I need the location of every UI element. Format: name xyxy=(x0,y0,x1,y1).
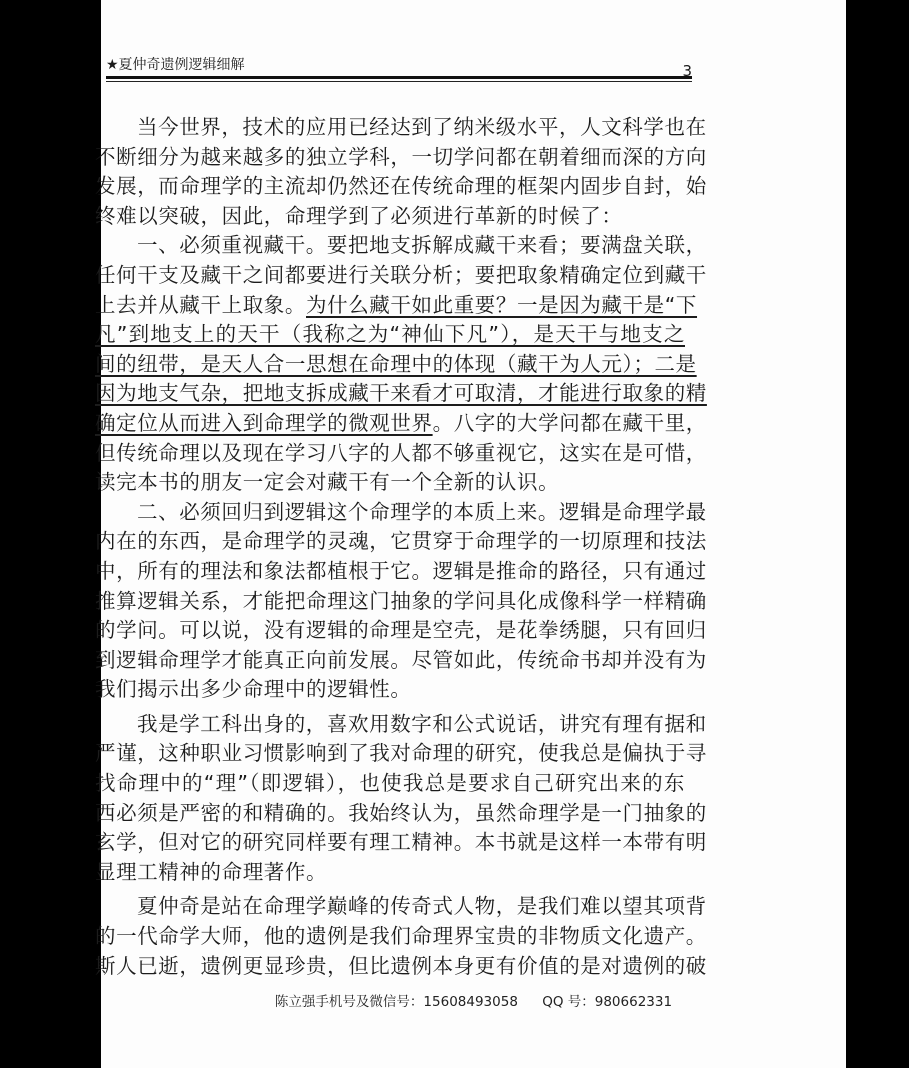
paragraph-2: 一、必须重视藏干。要把地支拆解成藏干来看；要满盘关联， 任何干支及藏干之间都要进… xyxy=(95,231,685,497)
text-line: 二、必须回归到逻辑这个命理学的本质上来。逻辑是命理学最 xyxy=(95,498,685,528)
text-line: 但传统命理以及现在学习八字的人都不够重视它，这实在是可惜， xyxy=(95,439,685,469)
text-line: 中，所有的理法和象法都植根于它。逻辑是推命的路径，只有通过 xyxy=(95,557,685,587)
text-line: 找命理中的“理”（即逻辑），也使我总是要求自己研究出来的东 xyxy=(95,769,685,799)
text-line: 任何干支及藏干之间都要进行关联分析；要把取象精确定位到藏干 xyxy=(95,261,685,291)
text-line: 玄学，但对它的研究同样要有理工精神。本书就是这样一本带有明 xyxy=(95,828,685,858)
text-line: 内在的东西，是命理学的灵魂，它贯穿于命理学的一切原理和技法 xyxy=(95,527,685,557)
underlined-text: 为什么藏干如此重要？一是因为藏干是“下 xyxy=(306,293,697,317)
text-line: 显理工精神的命理著作。 xyxy=(95,858,685,888)
body-text: 当今世界，技术的应用已经达到了纳米级水平，人文科学也在 不断细分为越来越多的独立… xyxy=(95,113,685,981)
text-line: 发展，而命理学的主流却仍然还在传统命理的框架内固步自封，始 xyxy=(95,172,685,202)
paragraph-1: 当今世界，技术的应用已经达到了纳米级水平，人文科学也在 不断细分为越来越多的独立… xyxy=(95,113,685,231)
text-line: 的学问。可以说，没有逻辑的命理是空壳，是花拳绣腿，只有回归 xyxy=(95,616,685,646)
book-title: ★夏仲奇遗例逻辑细解 xyxy=(106,54,245,74)
underlined-text-line: 凡”到地支上的天干（我称之为“神仙下凡”），是天干与地支之 xyxy=(95,320,685,350)
paragraph-5: 夏仲奇是站在命理学巅峰的传奇式人物，是我们难以望其项背 的一代命学大师，他的遗例… xyxy=(95,892,685,981)
text-line: 读完本书的朋友一定会对藏干有一个全新的认识。 xyxy=(95,468,685,498)
text-line: 严谨，这种职业习惯影响到了我对命理的研究，使我总是偏执于寻 xyxy=(95,739,685,769)
underlined-text-line: 间的纽带，是天人合一思想在命理中的体现（藏干为人元）；二是 xyxy=(95,350,685,380)
text-line: 到逻辑命理学才能真正向前发展。尽管如此，传统命书却并没有为 xyxy=(95,646,685,676)
header-rule-thin xyxy=(106,81,692,82)
underlined-text-line: 因为地支气杂，把地支拆成藏干来看才可取清，才能进行取象的精 xyxy=(95,379,685,409)
text-line: 一、必须重视藏干。要把地支拆解成藏干来看；要满盘关联， xyxy=(95,231,685,261)
page-footer: 陈立强手机号及微信号：15608493058 QQ 号：980662331 xyxy=(101,990,846,1010)
text-line: 我们揭示出多少命理中的逻辑性。 xyxy=(95,675,685,705)
text-line: 终难以突破，因此，命理学到了必须进行革新的时候了： xyxy=(95,202,685,232)
contact-qq: QQ 号：980662331 xyxy=(542,994,672,1010)
paragraph-4: 我是学工科出身的，喜欢用数字和公式说话，讲究有理有据和 严谨，这种职业习惯影响到… xyxy=(95,710,685,888)
text-line: 的一代命学大师，他的遗例是我们命理界宝贵的非物质文化遗产。 xyxy=(95,922,685,952)
text-line: 推算逻辑关系，才能把命理这门抽象的学问具化成像科学一样精确 xyxy=(95,587,685,617)
text-line: 上去并从藏干上取象。为什么藏干如此重要？一是因为藏干是“下 xyxy=(95,291,685,321)
text-line: 斯人已逝，遗例更显珍贵，但比遗例本身更有价值的是对遗例的破 xyxy=(95,952,685,982)
paragraph-3: 二、必须回归到逻辑这个命理学的本质上来。逻辑是命理学最 内在的东西，是命理学的灵… xyxy=(95,498,685,705)
text-line: 夏仲奇是站在命理学巅峰的传奇式人物，是我们难以望其项背 xyxy=(95,892,685,922)
text-line: 确定位从而进入到命理学的微观世界。八字的大学问都在藏干里， xyxy=(95,409,685,439)
contact-phone-wechat: 陈立强手机号及微信号：15608493058 xyxy=(275,994,518,1010)
text-line: 当今世界，技术的应用已经达到了纳米级水平，人文科学也在 xyxy=(95,113,685,143)
text-line: 西必须是严密的和精确的。我始终认为，虽然命理学是一门抽象的 xyxy=(95,799,685,829)
header-rule-thick xyxy=(106,76,692,79)
text-line: 不断细分为越来越多的独立学科，一切学问都在朝着细而深的方向 xyxy=(95,143,685,173)
text-line: 我是学工科出身的，喜欢用数字和公式说话，讲究有理有据和 xyxy=(95,710,685,740)
underlined-text: 确定位从而进入到命理学的微观世界 xyxy=(95,411,433,435)
